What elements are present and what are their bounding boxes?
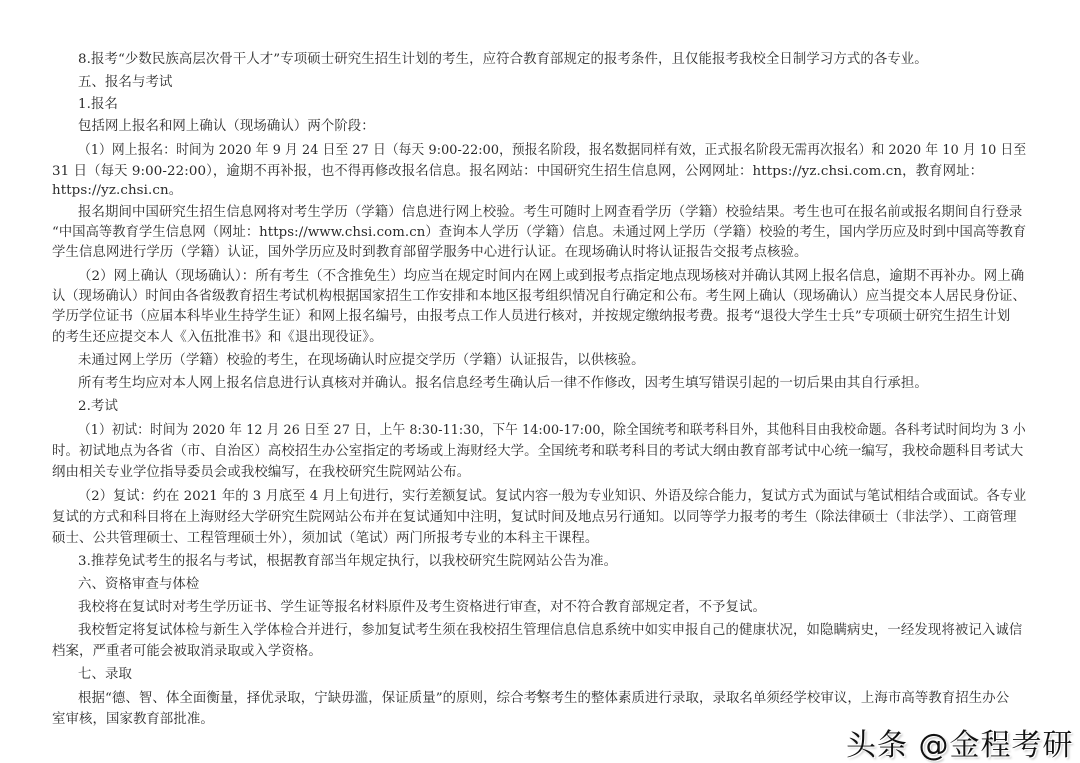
text-line: 未通过网上学历（学籍）校验的考生，在现场确认时应提交学历（学籍）认证报告，以供核… (78, 351, 645, 371)
text-line: 31 日（每天 9:00-22:00），逾期不再补报，也不得再修改报名信息。报名… (52, 162, 983, 182)
text-line: 我校将在复试时对考生学历证书、学生证等报名材料原件及考生资格进行审查，对不符合教… (78, 598, 766, 618)
text-line: 复试的方式和科目将在上海财经大学研究生院网站公布并在复试通知中注明，复试时间及地… (52, 508, 1017, 528)
text-line: 报名期间中国研究生招生信息网将对考生学历（学籍）信息进行网上校验。考生可随时上网… (78, 203, 1022, 223)
text-line: 认（现场确认）时间由各省级教育招生考试机构根据国家招生工作安排和本地区报考组织情… (52, 287, 1026, 307)
text-line: （2）复试：约在 2021 年的 3 月底至 4 月上旬进行，实行差额复试。复试… (78, 487, 1026, 507)
text-line: 我校暂定将复试体检与新生入学体检合并进行，参加复试考生须在我校招生管理信息信息系… (78, 621, 1022, 641)
page-number: 4 (536, 688, 543, 701)
text-line: 五、报名与考试 (78, 73, 172, 93)
text-line: 六、资格审查与体检 (78, 575, 199, 595)
watermark: 头条 @金程考研 (846, 720, 1074, 763)
text-line: https://yz.chsi.cn。 (52, 181, 182, 201)
text-line: 七、录取 (78, 665, 132, 685)
document-page: 8.报考“少数民族高层次骨干人才”专项硕士研究生招生计划的考生，应符合教育部规定… (0, 0, 1080, 763)
text-line: 时。初试地点为各省（市、自治区）高校招生办公室指定的考场或上海财经大学。全国统考… (52, 442, 1023, 462)
text-line: 硕士、公共管理硕士、工程管理硕士外），须加试（笔试）两门所报考专业的本科主干课程… (52, 529, 598, 549)
text-line: 包括网上报名和网上确认（现场确认）两个阶段： (78, 117, 375, 137)
text-line: 学历学位证书（应届本科毕业生持学生证）和网上报名编号，由报考点工作人员进行核对，… (52, 307, 1010, 327)
text-line: 3.推荐免试考生的报名与考试，根据教育部当年规定执行，以我校研究生院网站公告为准… (78, 552, 617, 572)
text-line: 档案，严重者可能会被取消录取或入学资格。 (52, 642, 322, 662)
text-line: 纲由相关专业学位指导委员会或我校编写，在我校研究生院网站公布。 (52, 463, 470, 483)
text-line: 1.报名 (78, 95, 118, 115)
text-line: 的考生还应提交本人《入伍批准书》和《退出现役证》。 (52, 328, 383, 348)
text-line: 室审核，国家教育部批准。 (52, 710, 214, 730)
text-line: （1）初试：时间为 2020 年 12 月 26 日至 27 日，上午 8:30… (78, 421, 1026, 441)
text-line: （2）网上确认（现场确认）：所有考生（不含推免生）均应当在规定时间内在网上或到报… (78, 267, 1024, 287)
text-line: “中国高等教育学生信息网（网址：https://www.chsi.com.cn）… (52, 223, 1026, 243)
text-line: 学生信息网进行学历（学籍）认证，国外学历应及时到教育部留学服务中心进行认证。在现… (52, 243, 807, 263)
text-line: 2.考试 (78, 397, 118, 417)
text-line: 8.报考“少数民族高层次骨干人才”专项硕士研究生招生计划的考生，应符合教育部规定… (78, 50, 928, 70)
text-line: 根据“德、智、体全面衡量，择优录取，宁缺毋滥，保证质量”的原则，综合考察考生的整… (78, 689, 1009, 709)
text-line: 所有考生均应对本人网上报名信息进行认真核对并确认。报名信息经考生确认后一律不作修… (78, 374, 928, 394)
text-line: （1）网上报名：时间为 2020 年 9 月 24 日至 27 日（每天 9:0… (78, 141, 1026, 161)
